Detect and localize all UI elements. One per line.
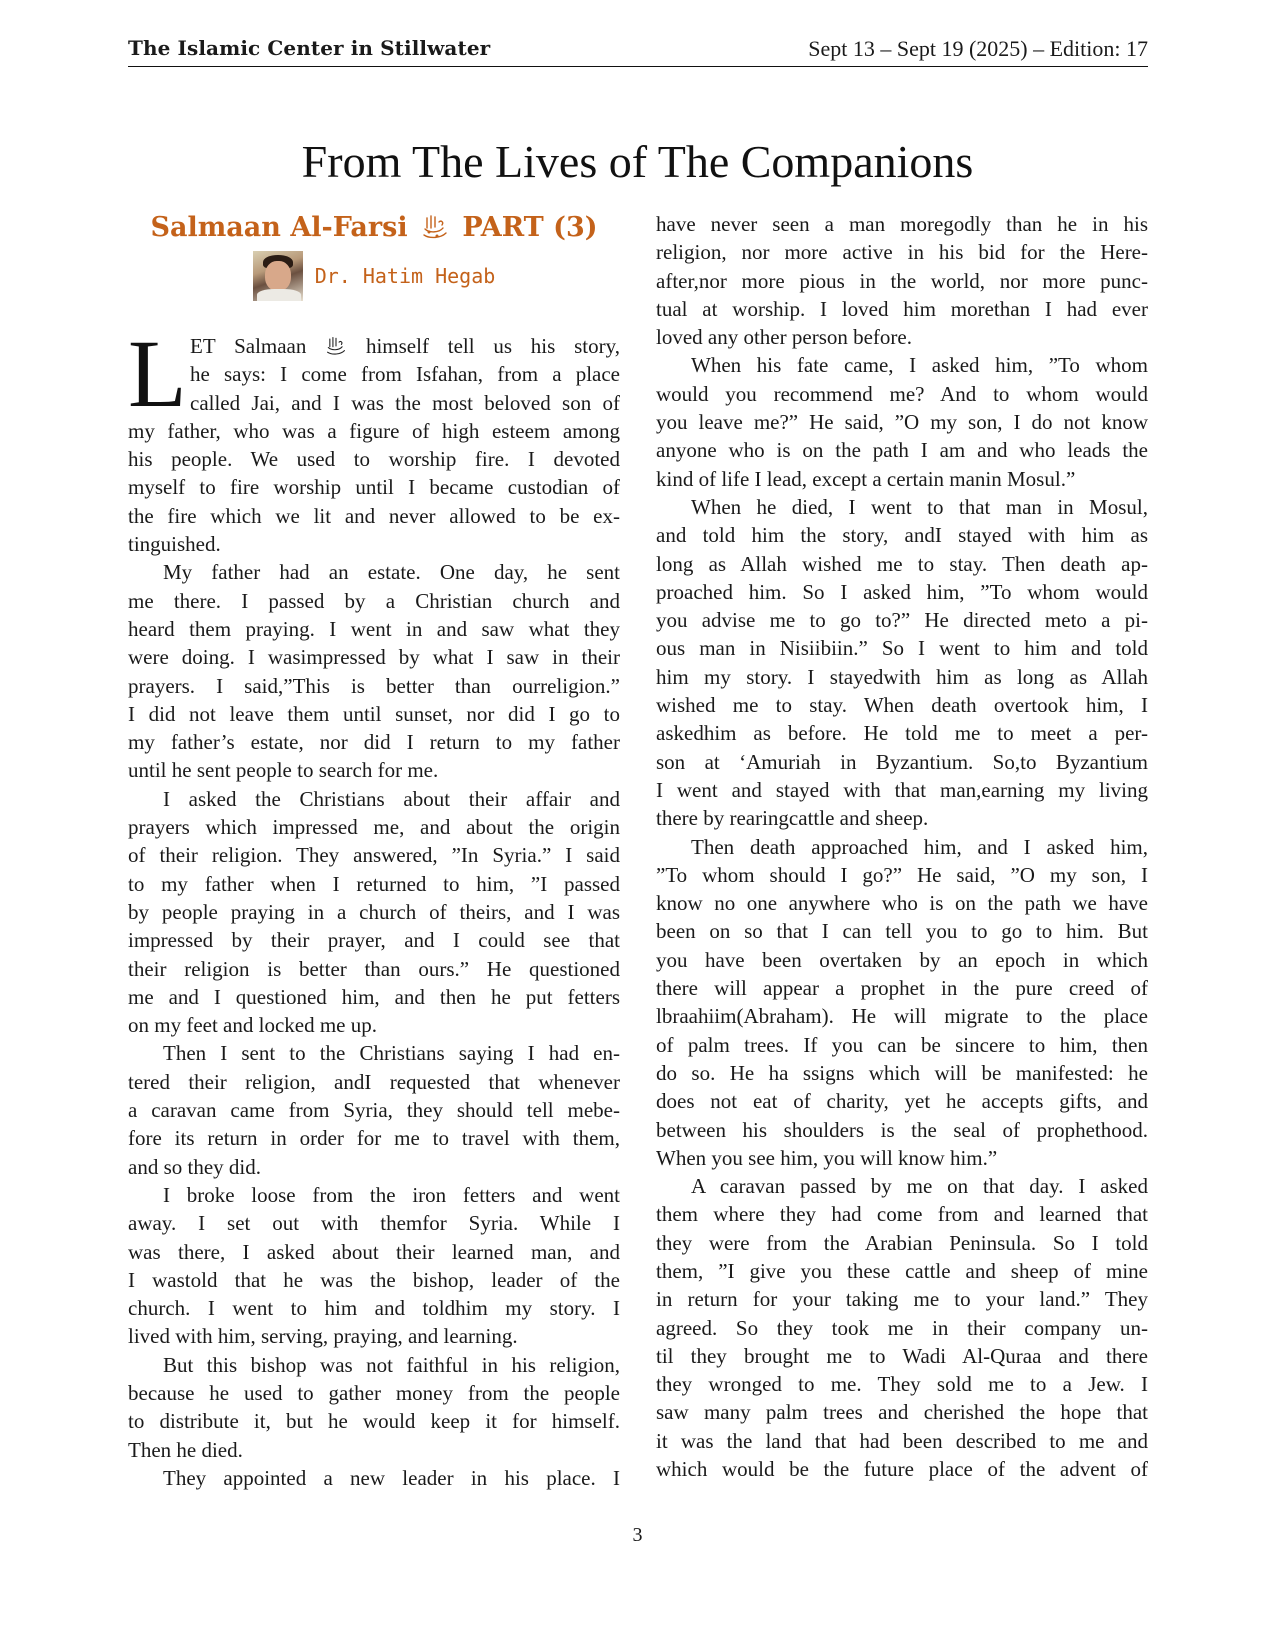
text-line: there will appear a prophet in the pure … [656,974,1148,1002]
text-line: them where they had come from and learne… [656,1200,1148,1228]
text-line: Then I sent to the Christians saying I h… [128,1039,620,1067]
author-name: Dr. Hatim Hegab [315,262,496,290]
article-title-name: Salmaan Al-Farsi [150,212,407,243]
text-line: ous man in Nisiibiin.” So I went to him … [656,634,1148,662]
text-line: askedhim as before. He told me to meet a… [656,719,1148,747]
text-line: til they brought me to Wadi Al-Quraa and… [656,1342,1148,1370]
text-line: ”To whom should I go?” He said, ”O my so… [656,861,1148,889]
text-line: would you recommend me? And to whom woul… [656,380,1148,408]
text-line: there by rearingcattle and sheep. [656,804,1148,832]
text-line: they were from the Arabian Peninsula. So… [656,1229,1148,1257]
text-line: does not eat of charity, yet he accepts … [656,1087,1148,1115]
text-line: They appointed a new leader in his place… [128,1464,620,1492]
text-line: and told him the story, andI stayed with… [656,521,1148,549]
text-line: him my story. I stayedwith him as long a… [656,663,1148,691]
text-line: prayers which impressed me, and about th… [128,813,620,841]
text-line: was there, I asked about their learned m… [128,1238,620,1266]
right-column: have never seen a man moregodly than he … [656,210,1148,1483]
text-line: long as Allah wished me to stay. Then de… [656,550,1148,578]
text-line: impressed by their prayer, and I could s… [128,926,620,954]
text-line: My father had an estate. One day, he sen… [128,558,620,586]
text-line: I broke loose from the iron fetters and … [128,1181,620,1209]
text-line: religion, nor more active in his bid for… [656,238,1148,266]
text-line: agreed. So they took me in their company… [656,1314,1148,1342]
text-line: fore its return in order for me to trave… [128,1124,620,1152]
text-line: When he died, I went to that man in Mosu… [656,493,1148,521]
text-line: tinguished. [128,530,620,558]
text-line: until he sent people to search for me. [128,756,620,784]
text-line: know no one anywhere who is on the path … [656,889,1148,917]
text-line: I went and stayed with that man,earning … [656,776,1148,804]
text-line: tual at worship. I loved him morethan I … [656,295,1148,323]
text-line: saw many palm trees and cherished the ho… [656,1398,1148,1426]
text-line: to my father when I returned to him, ”I … [128,870,620,898]
text-line: his people. We used to worship fire. I d… [128,445,620,473]
text-line: anyone who is on the path I am and who l… [656,436,1148,464]
text-line: prayers. I said,”This is better than our… [128,672,620,700]
left-column-text: ET Salmaan himself tell us his story,he … [128,332,620,1492]
page-number: 3 [0,1524,1275,1547]
honorific-calligraphy-icon [421,214,449,240]
text-line: after,nor more pious in the world, nor m… [656,267,1148,295]
text-line: you advise me to go to?” He directed met… [656,606,1148,634]
text-line: it was the land that had been described … [656,1427,1148,1455]
text-line: When you see him, you will know him.” [656,1144,1148,1172]
text-line: Then he died. [128,1436,620,1464]
text-line: proached him. So I asked him, ”To whom w… [656,578,1148,606]
text-line: do so. He ha ssigns which will be manife… [656,1059,1148,1087]
text-line: me and I questioned him, and then he put… [128,983,620,1011]
text-line: myself to fire worship until I became cu… [128,473,620,501]
text-line: have never seen a man moregodly than he … [656,210,1148,238]
edition-info: Sept 13 – Sept 19 (2025) – Edition: 17 [808,36,1148,62]
text-line: of palm trees. If you can be sincere to … [656,1031,1148,1059]
author-photo [253,251,303,301]
text-line: by people praying in a church of theirs,… [128,898,620,926]
text-line: called Jai, and I was the most beloved s… [128,389,620,417]
left-column-body: L ET Salmaan himself tell us his story,h… [128,332,620,1492]
page-title: From The Lives of The Companions [0,135,1275,188]
text-line: and so they did. [128,1153,620,1181]
author-byline: Dr. Hatim Hegab [128,250,620,302]
text-line: A caravan passed by me on that day. I as… [656,1172,1148,1200]
text-line: you leave me?” He said, ”O my son, I do … [656,408,1148,436]
text-line: church. I went to him and toldhim my sto… [128,1294,620,1322]
text-line: of their religion. They answered, ”In Sy… [128,841,620,869]
honorific-calligraphy-icon [325,336,347,356]
text-line: tered their religion, andI requested tha… [128,1068,620,1096]
text-line: kind of life I lead, except a certain ma… [656,465,1148,493]
text-line: son at ‘Amuriah in Byzantium. So,to Byza… [656,748,1148,776]
text-line: my father, who was a figure of high este… [128,417,620,445]
text-line: them, ”I give you these cattle and sheep… [656,1257,1148,1285]
text-line: I did not leave them until sunset, nor d… [128,700,620,728]
text-line: been on so that I can tell you to go to … [656,917,1148,945]
text-line: ET Salmaan himself tell us his story, [128,332,620,360]
text-line: lived with him, serving, praying, and le… [128,1322,620,1350]
text-line: When his fate came, I asked him, ”To who… [656,351,1148,379]
text-line: the fire which we lit and never allowed … [128,502,620,530]
drop-cap: L [128,334,187,414]
text-line: they wronged to me. They sold me to a Je… [656,1370,1148,1398]
text-line: on my feet and locked me up. [128,1011,620,1039]
text-line: between his shoulders is the seal of pro… [656,1116,1148,1144]
text-line: you have been overtaken by an epoch in w… [656,946,1148,974]
text-line: away. I set out with themfor Syria. Whil… [128,1209,620,1237]
text-line: loved any other person before. [656,323,1148,351]
text-line: lbraahiim(Abraham). He will migrate to t… [656,1002,1148,1030]
text-line: were doing. I wasimpressed by what I saw… [128,643,620,671]
text-line: which would be the future place of the a… [656,1455,1148,1483]
text-line: Then death approached him, and I asked h… [656,833,1148,861]
text-line: my father’s estate, nor did I return to … [128,728,620,756]
text-line: heard them praying. I went in and saw wh… [128,615,620,643]
text-line: But this bishop was not faithful in his … [128,1351,620,1379]
text-line: their religion is better than ours.” He … [128,955,620,983]
text-line: a caravan came from Syria, they should t… [128,1096,620,1124]
text-line: I wastold that he was the bishop, leader… [128,1266,620,1294]
text-line: in return for your taking me to your lan… [656,1285,1148,1313]
publication-name: The Islamic Center in Stillwater [128,36,490,60]
article-title-part: PART (3) [462,212,597,243]
text-line: wished me to stay. When death overtook h… [656,691,1148,719]
text-line: to distribute it, but he would keep it f… [128,1407,620,1435]
text-line: I asked the Christians about their affai… [128,785,620,813]
article-title: Salmaan Al-Farsi PART (3) [128,210,620,246]
text-line: he says: I come from Isfahan, from a pla… [128,360,620,388]
right-column-text: have never seen a man moregodly than he … [656,210,1148,1483]
text-line: me there. I passed by a Christian church… [128,587,620,615]
running-header: The Islamic Center in Stillwater Sept 13… [128,34,1148,67]
left-column: Salmaan Al-Farsi PART (3) Dr. Hatim Hega… [128,210,620,1492]
text-line: because he used to gather money from the… [128,1379,620,1407]
